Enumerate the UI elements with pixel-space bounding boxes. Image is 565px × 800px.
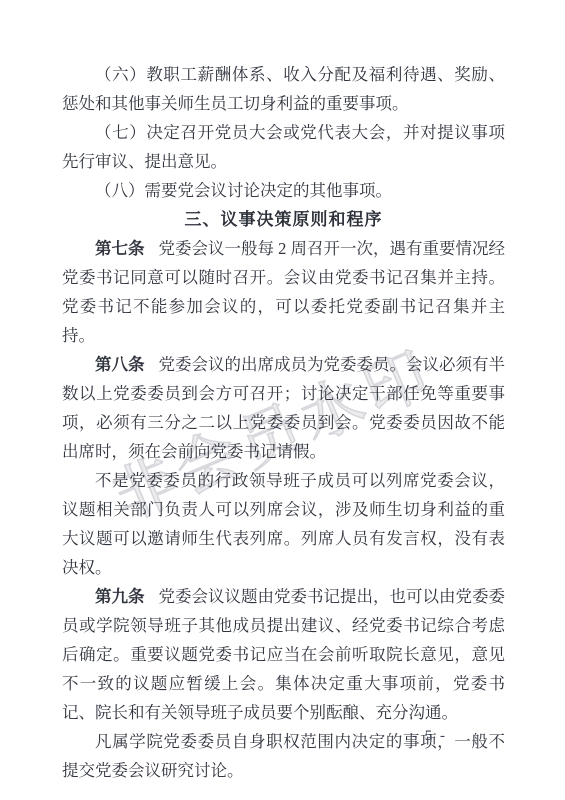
body-paragraph-item-7: （七）决定召开党员大会或党代表大会，并对提议事项先行审议、提出意见。 [62, 118, 505, 176]
article-number: 第七条 [95, 239, 145, 258]
body-paragraph-article-9: 第九条党委会议议题由党委书记提出，也可以由党委委员或学院领导班子其他成员提出建议… [62, 582, 505, 727]
article-number: 第九条 [95, 587, 145, 606]
body-paragraph-item-6: （六）教职工薪酬体系、收入分配及福利待遇、奖励、惩处和其他事关师生员工切身利益的… [62, 60, 505, 118]
paragraph-text: 不是党委委员的行政领导班子成员可以列席党委会议，议题相关部门负责人可以列席会议，… [62, 471, 505, 577]
section-heading: 三、议事决策原则和程序 [62, 205, 505, 234]
body-paragraph-article-7: 第七条党委会议一般每 2 周召开一次，遇有重要情况经党委书记同意可以随时召开。会… [62, 234, 505, 350]
body-paragraph-item-8: （八）需要党会议讨论决定的其他事项。 [62, 176, 505, 205]
paragraph-text: 党委会议议题由党委书记提出，也可以由党委委员或学院领导班子其他成员提出建议、经党… [62, 587, 505, 722]
body-paragraph-article-8: 第八条党委会议的出席成员为党委委员。会议必须有半数以上党委委员到会方可召开；讨论… [62, 350, 505, 466]
document-page: 非会员水印 （六）教职工薪酬体系、收入分配及福利待遇、奖励、惩处和其他事关师生员… [0, 0, 565, 800]
paragraph-text: （六）教职工薪酬体系、收入分配及福利待遇、奖励、惩处和其他事关师生员工切身利益的… [62, 65, 505, 113]
body-paragraph: 不是党委委员的行政领导班子成员可以列席党委会议，议题相关部门负责人可以列席会议，… [62, 466, 505, 582]
page-content: （六）教职工薪酬体系、收入分配及福利待遇、奖励、惩处和其他事关师生员工切身利益的… [62, 60, 505, 785]
article-number: 第八条 [95, 355, 145, 374]
paragraph-text: （八）需要党会议讨论决定的其他事项。 [95, 181, 392, 200]
page-number: - 5 - [412, 727, 447, 745]
paragraph-text: （七）决定召开党员大会或党代表大会，并对提议事项先行审议、提出意见。 [62, 123, 505, 171]
